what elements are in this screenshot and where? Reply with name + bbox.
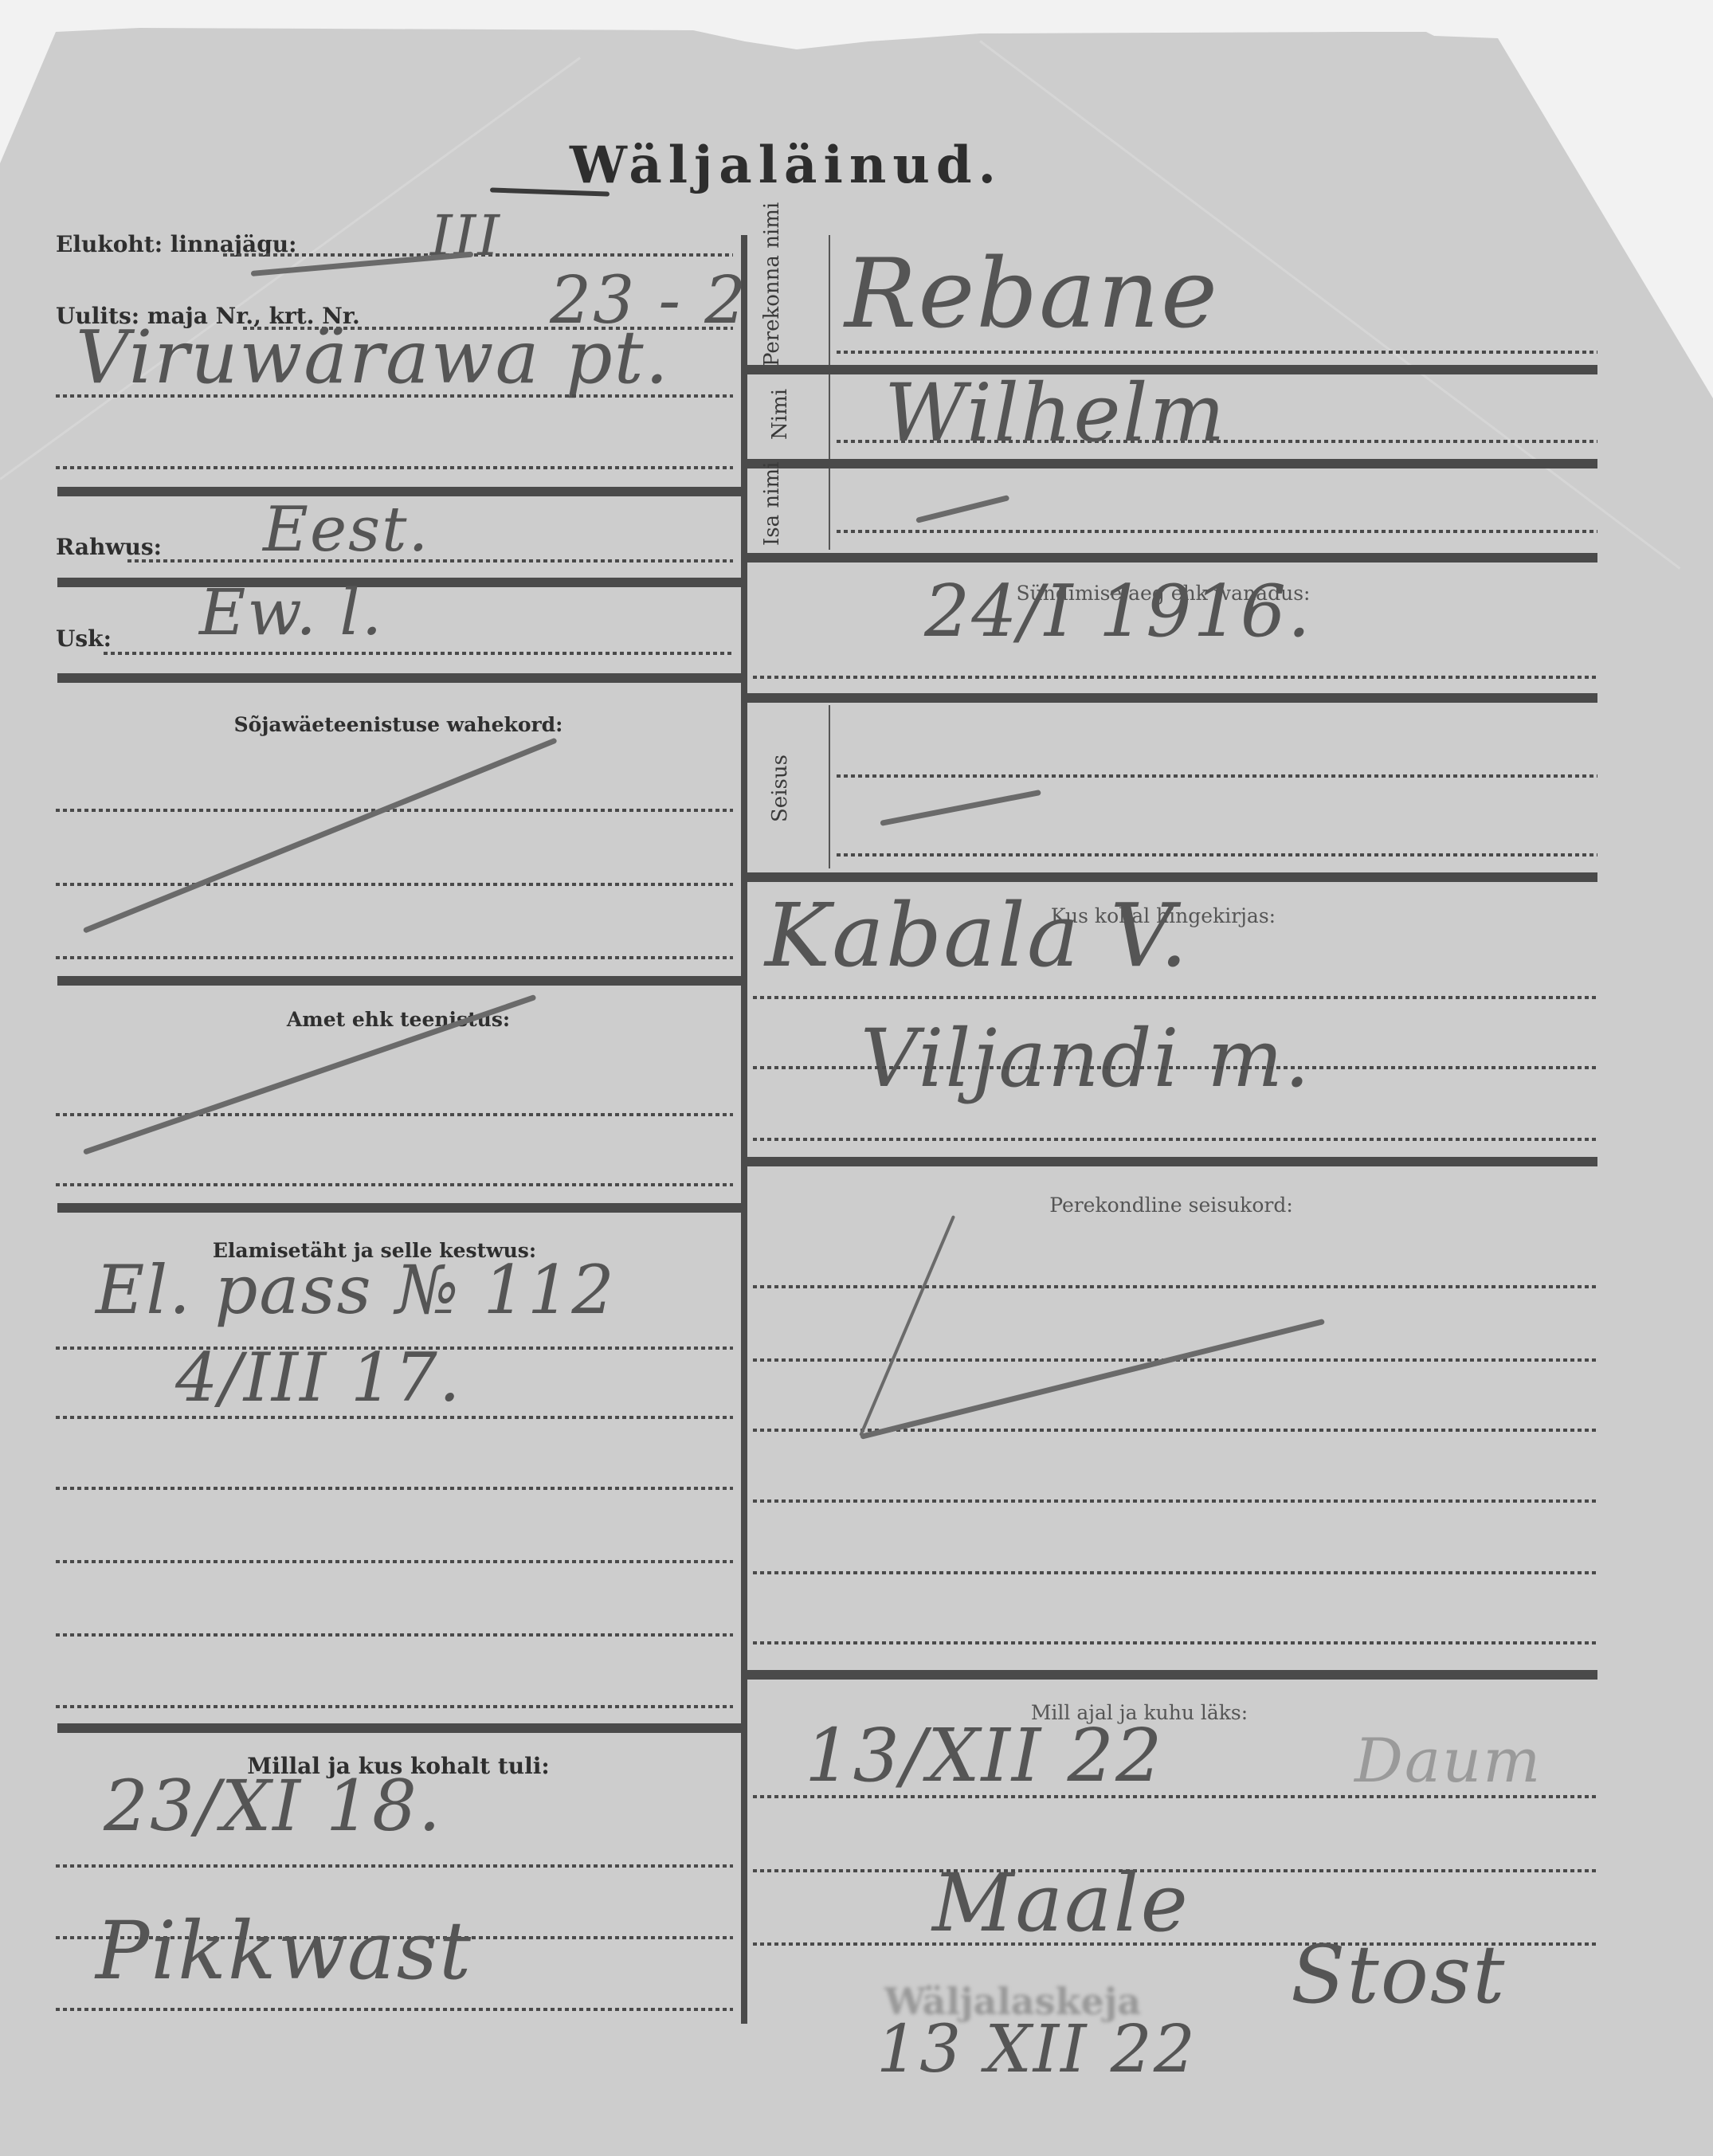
dotted-line xyxy=(56,809,733,812)
dotted-line xyxy=(56,883,733,886)
father-name-label: Isa nimi xyxy=(761,470,817,546)
registered-value-2: Viljandi m. xyxy=(860,1012,1311,1105)
label-column-divider xyxy=(829,378,830,458)
first-name-label: Nimi xyxy=(769,374,809,454)
dotted-line xyxy=(837,351,1597,354)
family-status-label: Perekondline seisukord: xyxy=(1049,1194,1293,1217)
dotted-line xyxy=(753,1571,1597,1574)
dotted-line xyxy=(56,466,733,469)
departure-pencil-note: Daum xyxy=(1354,1725,1542,1796)
dotted-line xyxy=(753,1641,1597,1644)
religion-label: Usk: xyxy=(56,625,112,652)
nationality-value: Eest. xyxy=(263,494,429,566)
label-column-divider xyxy=(829,705,830,868)
dotted-line xyxy=(56,2008,733,2011)
dotted-line xyxy=(753,1285,1597,1288)
document-title: Wäljaläinud. xyxy=(570,135,1002,195)
surname-label: Perekonna nimi xyxy=(761,239,817,367)
label-column-divider xyxy=(829,470,830,550)
stamp-date-value: 13 XII 22 xyxy=(876,2012,1197,2087)
official-signature: Stost xyxy=(1291,1928,1506,2021)
dotted-line xyxy=(56,1705,733,1708)
dotted-line xyxy=(56,1560,733,1563)
dotted-line xyxy=(837,853,1597,857)
section-rule xyxy=(57,1723,741,1733)
dotted-line xyxy=(837,774,1597,778)
dotted-line xyxy=(753,996,1597,999)
arrival-date-value: 23/XI 18. xyxy=(104,1765,442,1847)
dotted-line xyxy=(753,1499,1597,1503)
section-rule xyxy=(747,459,1597,468)
dotted-line xyxy=(56,956,733,959)
religion-value: Ew. l. xyxy=(199,575,383,649)
dotted-line xyxy=(127,559,733,563)
dotted-line xyxy=(104,652,733,655)
section-rule xyxy=(57,1203,741,1213)
military-label: Sõjawäeteenistuse wahekord: xyxy=(234,713,563,736)
section-rule xyxy=(57,976,741,986)
dotted-line xyxy=(56,394,733,398)
dotted-line xyxy=(837,530,1597,533)
departure-place-value: Maale xyxy=(932,1856,1190,1950)
residence-permit-value-2: 4/III 17. xyxy=(175,1339,462,1417)
arrival-place-value: Pikkwast xyxy=(96,1904,472,1997)
registered-value-1: Kabala V. xyxy=(765,884,1190,986)
dotted-line xyxy=(753,1138,1597,1141)
surname-value: Rebane xyxy=(845,239,1219,350)
dotted-line xyxy=(56,1864,733,1868)
dotted-line xyxy=(56,1183,733,1186)
dotted-line xyxy=(753,1066,1597,1069)
birth-value: 24/I 1916. xyxy=(924,570,1312,653)
dotted-line xyxy=(56,1416,733,1419)
section-rule xyxy=(57,578,741,587)
departure-date-value: 13/XII 22 xyxy=(805,1713,1164,1798)
first-name-value: Wilhelm xyxy=(884,367,1226,460)
dotted-line xyxy=(56,1633,733,1637)
section-rule xyxy=(747,1157,1597,1166)
nationality-label: Rahwus: xyxy=(56,534,162,560)
dotted-line xyxy=(753,676,1597,679)
dotted-line xyxy=(56,1113,733,1116)
section-rule xyxy=(747,693,1597,703)
dotted-line xyxy=(56,1487,733,1490)
street-value: Viruwärawa pt. xyxy=(76,315,670,400)
section-rule xyxy=(747,553,1597,563)
residence-permit-value-1: El. pass № 112 xyxy=(96,1251,616,1329)
section-rule xyxy=(747,872,1597,882)
center-divider xyxy=(741,235,747,2024)
section-rule xyxy=(747,1670,1597,1680)
status-label: Seisus xyxy=(769,717,809,860)
dotted-line xyxy=(753,1795,1597,1798)
section-rule xyxy=(57,673,741,683)
